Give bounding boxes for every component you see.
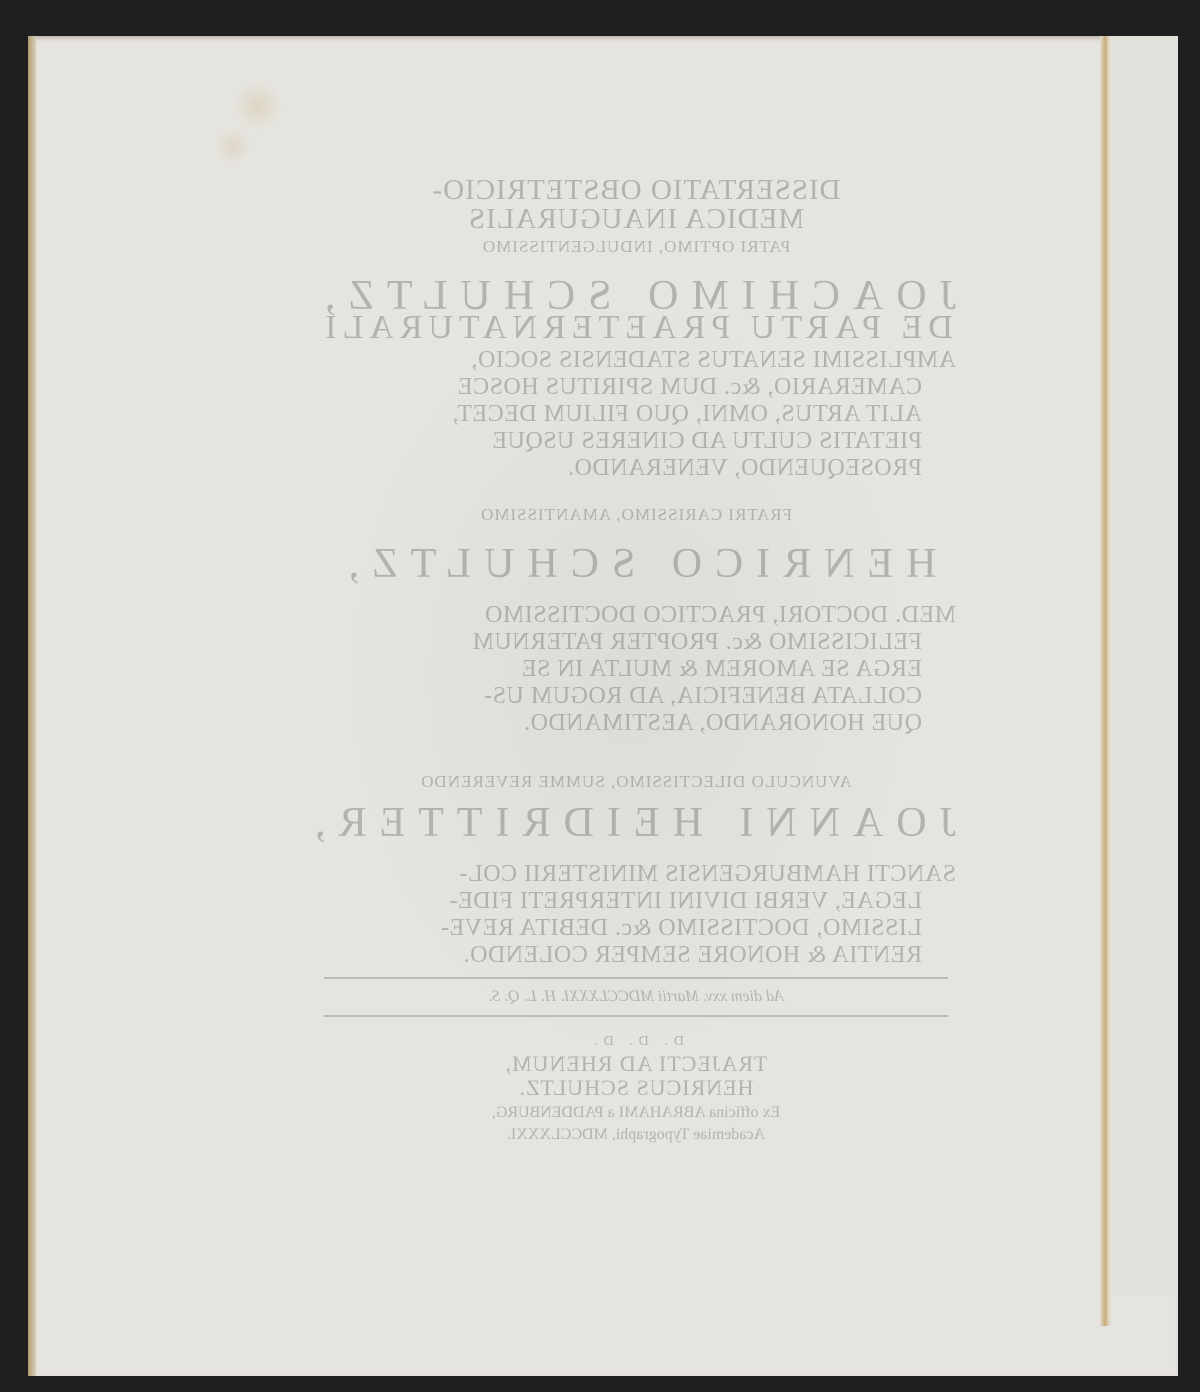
dedication-3-line: SANCTI HAMBURGENSIS MINISTERII COL-: [316, 862, 956, 886]
date-line: Ad diem xxv. Martii MDCCLXXXI. H. L. Q. …: [316, 989, 956, 1005]
page-left-edge: [28, 36, 36, 1376]
dedication-1-line: CAMERARIO, &c. DUM SPIRITUS HOSCE: [316, 375, 956, 399]
dedication-2-line: COLLATA BENEFICIA, AD ROGUM US-: [316, 684, 956, 708]
footer-printer: Ex officina ABRAHAMI a PADDENBURG,: [316, 1105, 956, 1121]
footer-place: TRAJECTI AD RHENUM,: [316, 1053, 956, 1075]
footer-printer-2: Academiae Typographi, MDCCLXXXI.: [316, 1127, 956, 1143]
dedication-2-name: HENRICO SCHULTZ,: [316, 543, 956, 585]
dedication-2-line: MED. DOCTORI, PRACTICO DOCTISSIMO: [316, 603, 956, 627]
scanned-page: DISSERTATIO OBSTETRICIO- MEDICA INAUGURA…: [28, 36, 1178, 1376]
dedication-2-line: FELICISSIMO &c. PROPTER PATERNUM: [316, 630, 956, 654]
dedication-3-line: RENTIA & HONORE SEMPER COLENDO.: [316, 943, 956, 967]
dedication-1-line: ALIT ARTUS, OMNI, QUO FILIUM DECET,: [316, 402, 956, 426]
footer-initials: D. D. D.: [316, 1035, 956, 1049]
dedication-2-intro: FRATRI CARISSIMO, AMANTISSIMO: [316, 506, 956, 523]
separator-rule-top: [324, 977, 948, 979]
header-line-2: MEDICA INAUGURALIS: [316, 205, 956, 234]
dedication-1-line: PIETATIS CULTU AD CINERES USQUE: [316, 429, 956, 453]
dedication-2-line: ERGA SE AMOREM & MULTA IN SE: [316, 657, 956, 681]
show-through-text: DISSERTATIO OBSTETRICIO- MEDICA INAUGURA…: [316, 132, 956, 1143]
book-gutter: [1100, 36, 1112, 1326]
facing-page-edge: [1112, 36, 1178, 1296]
dedication-3-name: JOANNI HEIDRITTER,: [316, 802, 956, 844]
dedication-1-line: AMPLISSIMI SENATUS STADENSIS SOCIO,: [316, 348, 956, 372]
dedication-3-line: LISSIMO, DOCTISSIMO &c. DEBITA REVE-: [316, 916, 956, 940]
dedication-3-intro: AVUNCULO DILECTISSIMO, SUMME REVERENDO: [316, 773, 956, 790]
dedication-3-line: LEGAE, VERBI DIVINI INTERPRETI FIDE-: [316, 889, 956, 913]
dedication-2-line: QUE HONORANDO, AESTIMANDO.: [316, 711, 956, 735]
dedication-1-overprint: DE PARTU PRAETERNATURALI: [316, 311, 956, 345]
separator-rule-bottom: [324, 1015, 948, 1017]
dedication-1-line: PROSEQUENDO, VENERANDO.: [316, 456, 956, 480]
header-line-1: DISSERTATIO OBSTETRICIO-: [316, 176, 956, 205]
footer-author: HENRICUS SCHULTZ.: [316, 1077, 956, 1099]
dedication-1-intro: PATRI OPTIMO, INDULGENTISSIMO: [316, 238, 956, 255]
